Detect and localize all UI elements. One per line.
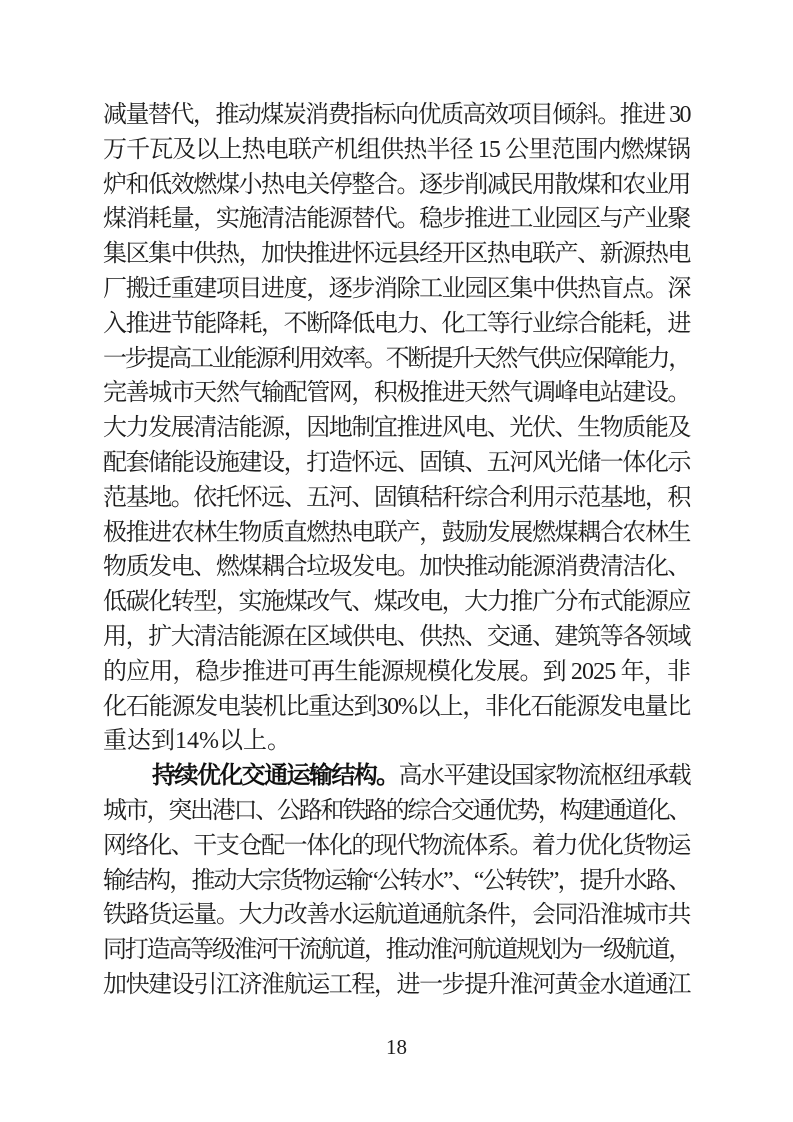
- text-line: 万千瓦及以上热电联产机组供热半径 15 公里范围内燃煤锅: [103, 133, 690, 168]
- text-line: 厂搬迁重建项目进度，逐步消除工业园区集中供热盲点。深: [103, 272, 690, 307]
- text-line: 配套储能设施建设，打造怀远、固镇、五河风光储一体化示: [103, 446, 690, 481]
- text-line: 极推进农林生物质直燃热电联产，鼓励发展燃煤耦合农林生: [103, 516, 690, 551]
- page-number: 18: [0, 1032, 793, 1062]
- text-line: 加快建设引江济淮航运工程，进一步提升淮河黄金水道通江: [103, 968, 690, 1003]
- text-line: 炉和低效燃煤小热电关停整合。逐步削减民用散煤和农业用: [103, 168, 690, 203]
- text-line: 减量替代，推动煤炭消费指标向优质高效项目倾斜。推进 30: [103, 98, 690, 133]
- text-line: 物质发电、燃煤耦合垃圾发电。加快推动能源消费清洁化、: [103, 550, 690, 585]
- text-line: 铁路货运量。大力改善水运航道通航条件，会同沿淮城市共: [103, 898, 690, 933]
- text-line: 完善城市天然气输配管网，积极推进天然气调峰电站建设。: [103, 376, 690, 411]
- text-line: 重达到14%以上。: [103, 724, 690, 759]
- text-line: 范基地。依托怀远、五河、固镇秸秆综合利用示范基地，积: [103, 481, 690, 516]
- text-line: 煤消耗量，实施清洁能源替代。稳步推进工业园区与产业聚: [103, 202, 690, 237]
- text-line: 大力发展清洁能源，因地制宜推进风电、光伏、生物质能及: [103, 411, 690, 446]
- text-line-paragraph-heading: 持续优化交通运输结构。高水平建设国家物流枢纽承载: [103, 759, 690, 794]
- text-line: 的应用，稳步推进可再生能源规模化发展。到 2025 年，非: [103, 655, 690, 690]
- page-body-text: 减量替代，推动煤炭消费指标向优质高效项目倾斜。推进 30 万千瓦及以上热电联产机…: [103, 98, 690, 1003]
- text-line: 低碳化转型，实施煤改气、煤改电，大力推广分布式能源应: [103, 585, 690, 620]
- text-line: 一步提高工业能源利用效率。不断提升天然气供应保障能力，: [103, 342, 690, 377]
- text-line: 同打造高等级淮河干流航道，推动淮河航道规划为一级航道，: [103, 933, 690, 968]
- text-line: 化石能源发电装机比重达到30%以上，非化石能源发电量比: [103, 690, 690, 725]
- text-line: 集区集中供热，加快推进怀远县经开区热电联产、新源热电: [103, 237, 690, 272]
- paragraph-heading-bold: 持续优化交通运输结构。: [152, 762, 399, 789]
- text-line: 输结构，推动大宗货物运输“公转水”、“公转铁”，提升水路、: [103, 864, 690, 899]
- text-line: 用，扩大清洁能源在区域供电、供热、交通、建筑等各领域: [103, 620, 690, 655]
- document-page: 减量替代，推动煤炭消费指标向优质高效项目倾斜。推进 30 万千瓦及以上热电联产机…: [0, 0, 793, 1122]
- text-line: 城市，突出港口、公路和铁路的综合交通优势，构建通道化、: [103, 794, 690, 829]
- text-line: 网络化、干支仓配一体化的现代物流体系。着力优化货物运: [103, 829, 690, 864]
- text-line: 入推进节能降耗，不断降低电力、化工等行业综合能耗，进: [103, 307, 690, 342]
- paragraph-heading-rest: 高水平建设国家物流枢纽承载: [399, 763, 690, 789]
